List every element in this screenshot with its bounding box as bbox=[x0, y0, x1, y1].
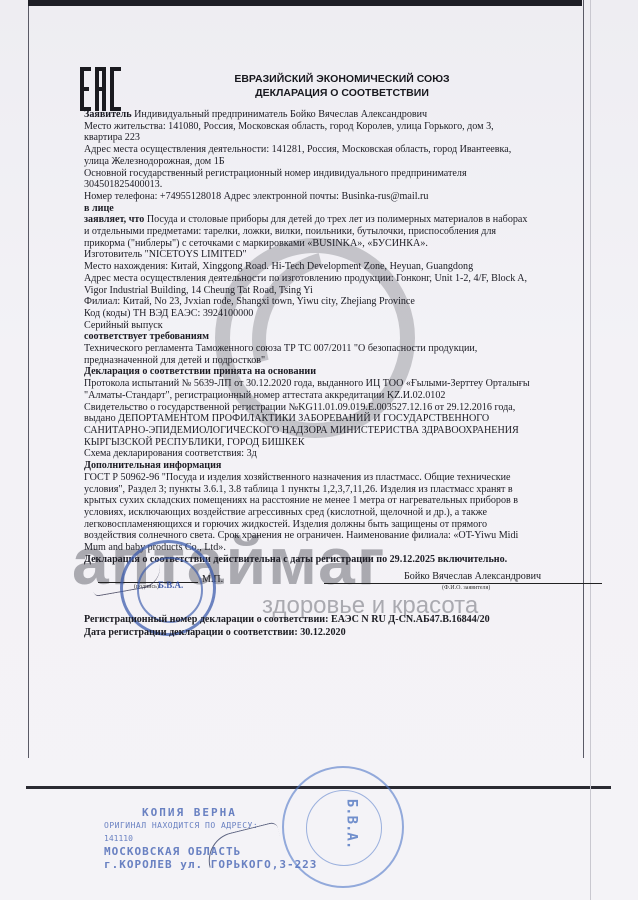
registration-number: Регистрационный номер декларации о соотв… bbox=[84, 613, 584, 626]
declares-label: заявляет, что bbox=[84, 214, 144, 225]
complies-label: соответствует требованиям bbox=[84, 331, 578, 343]
applicant-line: Заявитель Индивидуальный предприниматель… bbox=[84, 109, 578, 121]
additional-label: Дополнительная информация bbox=[84, 460, 578, 472]
activity-address: Адрес места осуществления деятельности: … bbox=[84, 144, 578, 156]
eac-logo-icon bbox=[80, 67, 122, 111]
applicant-label: Заявитель bbox=[84, 109, 132, 120]
hs-code: Код (коды) ТН ВЭД ЕАЭС: 3924100000 bbox=[84, 308, 578, 320]
residence-cont: квартира 223 bbox=[84, 132, 578, 144]
in-person-label: в лице bbox=[84, 203, 578, 215]
additional-1: ГОСТ Р 50962-96 "Посуда и изделия хозяйс… bbox=[84, 472, 578, 484]
seal-initials-bottom: Б.В.А. bbox=[343, 799, 359, 850]
document-page: аптаймаг здоровье и красота ЕВРАЗИЙСКИЙ … bbox=[0, 0, 638, 900]
product-description-2: и отдельными предметами: тарелки, ложки,… bbox=[84, 226, 578, 238]
document-title: ЕВРАЗИЙСКИЙ ЭКОНОМИЧЕСКИЙ СОЮЗ ДЕКЛАРАЦИ… bbox=[222, 72, 462, 100]
title-union: ЕВРАЗИЙСКИЙ ЭКОНОМИЧЕСКИЙ СОЮЗ bbox=[222, 72, 462, 86]
name-line bbox=[324, 583, 602, 584]
registration-date: Дата регистрации декларации о соответств… bbox=[84, 626, 584, 639]
basis-5: САНИТАРНО-ЭПИДЕМИОЛОГИЧЕСКОГО НАДЗОРА МИ… bbox=[84, 425, 578, 437]
basis-4: выдано ДЕПОРТАМЕНТОМ ПРОФИЛАКТИКИ ЗАБОРЕ… bbox=[84, 413, 578, 425]
residence: Место жительства: 141080, Россия, Москов… bbox=[84, 121, 578, 133]
product-description-3: прикорма ("ниблеры") с сеточками с марки… bbox=[84, 238, 578, 250]
page-edge bbox=[590, 0, 591, 900]
additional-2: условия", Раздел 3; пункты 3.6.1, 3.8 та… bbox=[84, 484, 578, 496]
production-address: Адрес места осуществления деятельности п… bbox=[84, 273, 578, 285]
production-address-cont: Vigor Industrial Building, 14 Cheung Tat… bbox=[84, 285, 578, 297]
applicant-name: Индивидуальный предприниматель Бойко Вяч… bbox=[134, 109, 427, 120]
declaration-body: Заявитель Индивидуальный предприниматель… bbox=[84, 109, 578, 565]
applicant-full-name: Бойко Вячеслав Александрович bbox=[404, 571, 541, 582]
declares-line: заявляет, что Посуда и столовые приборы … bbox=[84, 214, 578, 226]
basis-2: "Алматы-Стандарт", регистрационный номер… bbox=[84, 390, 578, 402]
scheme: Схема декларирования соответствия: 3д bbox=[84, 448, 578, 460]
ogrnip-label: Основной государственный регистрационный… bbox=[84, 168, 578, 180]
basis-3: Свидетельство о государственной регистра… bbox=[84, 402, 578, 414]
ogrnip-value: 304501825400013. bbox=[84, 179, 578, 191]
title-declaration: ДЕКЛАРАЦИЯ О СООТВЕТСТВИИ bbox=[222, 86, 462, 100]
regulation: Технического регламента Таможенного союз… bbox=[84, 343, 578, 355]
registration-info: Регистрационный номер декларации о соотв… bbox=[84, 613, 584, 639]
top-rule bbox=[28, 0, 582, 6]
regulation-cont: предназначенной для детей и подростков" bbox=[84, 355, 578, 367]
basis-6: КЫРГЫЗСКОЙ РЕСПУБЛИКИ, ГОРОД БИШКЕК bbox=[84, 437, 578, 449]
contacts: Номер телефона: +74955128018 Адрес элект… bbox=[84, 191, 578, 203]
basis-1: Протокола испытаний № 5639-ЛП от 30.12.2… bbox=[84, 378, 578, 390]
branch: Филиал: Китай, No 23, Jvxian rode, Shang… bbox=[84, 296, 578, 308]
additional-3: крытых сухих складских помещениях на рас… bbox=[84, 495, 578, 507]
name-caption: (Ф.И.О. заявителя) bbox=[442, 585, 490, 591]
product-description: Посуда и столовые приборы для детей до т… bbox=[147, 214, 528, 225]
activity-address-cont: улица Железнодорожная, дом 1Б bbox=[84, 156, 578, 168]
seal-initials: Б.В.А. bbox=[158, 580, 183, 590]
basis-label: Декларация о соответствии принята на осн… bbox=[84, 366, 578, 378]
additional-4: условиях, исключающих воздействие агресс… bbox=[84, 507, 578, 519]
manufacturer: Изготовитель "NICETOYS LIMITED" bbox=[84, 249, 578, 261]
manufacturer-location: Место нахождения: Китай, Xinggong Road. … bbox=[84, 261, 578, 273]
serial-release: Серийный выпуск bbox=[84, 320, 578, 332]
additional-5: легковоспламеняющихся и горючих жидкосте… bbox=[84, 519, 578, 531]
